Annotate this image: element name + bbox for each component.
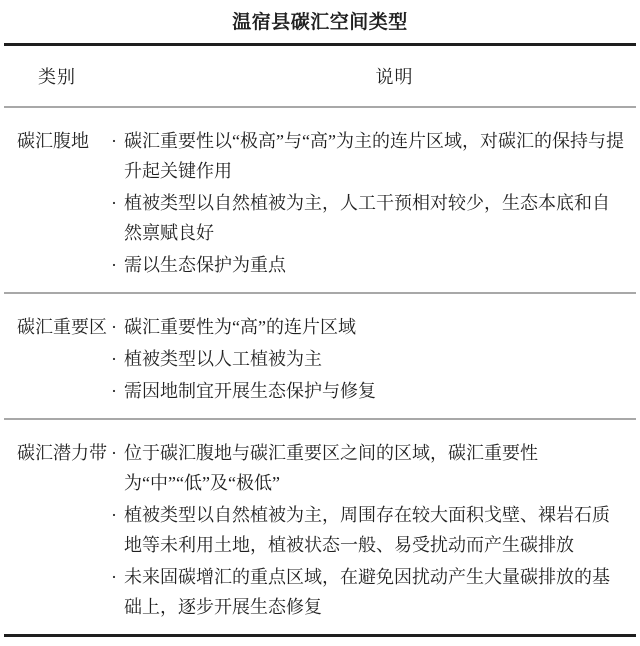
bullet-dot-icon: ·: [111, 344, 117, 374]
table-row: 碳汇潜力带·位于碳汇腹地与碳汇重要区之间的区域，碳汇重要性为“中”“低”及“极低…: [0, 420, 640, 634]
bullet-text: 位于碳汇腹地与碳汇重要区之间的区域，碳汇重要性为“中”“低”及“极低”: [124, 443, 538, 493]
bullet-item: ·植被类型以自然植被为主，周围存在较大面积戈壁、裸岩石质地等未利用土地，植被状态…: [104, 500, 626, 560]
bullet-dot-icon: ·: [111, 312, 117, 342]
table-row: 碳汇腹地·碳汇重要性以“极高”与“高”为主的连片区域，对碳汇的保持与提升起关键作…: [0, 108, 640, 292]
bullet-text: 碳汇重要性以“极高”与“高”为主的连片区域，对碳汇的保持与提升起关键作用: [124, 131, 624, 181]
category-cell: 碳汇腹地: [0, 126, 104, 280]
bullet-item: ·植被类型以自然植被为主，人工干预相对较少，生态本底和自然禀赋良好: [104, 188, 626, 248]
bullet-dot-icon: ·: [111, 438, 117, 468]
bullet-item: ·位于碳汇腹地与碳汇重要区之间的区域，碳汇重要性为“中”“低”及“极低”: [104, 438, 626, 498]
bullet-dot-icon: ·: [111, 562, 117, 592]
bullet-dot-icon: ·: [111, 376, 117, 406]
description-list: ·碳汇重要性为“高”的连片区域·植被类型以人工植被为主·需因地制宜开展生态保护与…: [104, 312, 632, 406]
bullet-item: ·植被类型以人工植被为主: [104, 344, 626, 374]
table-container: 温宿县碳汇空间类型 类别 说明 碳汇腹地·碳汇重要性以“极高”与“高”为主的连片…: [0, 0, 640, 637]
bullet-item: ·需因地制宜开展生态保护与修复: [104, 376, 626, 406]
bullet-text: 需以生态保护为重点: [124, 255, 286, 275]
table-header-row: 类别 说明: [0, 46, 640, 106]
bullet-item: ·需以生态保护为重点: [104, 250, 626, 280]
bullet-text: 植被类型以自然植被为主，人工干预相对较少，生态本底和自然禀赋良好: [124, 193, 610, 243]
bullet-item: ·未来固碳增汇的重点区域，在避免因扰动产生大量碳排放的基础上，逐步开展生态修复: [104, 562, 626, 622]
bullet-text: 植被类型以自然植被为主，周围存在较大面积戈壁、裸岩石质地等未利用土地，植被状态一…: [124, 505, 610, 555]
description-list: ·位于碳汇腹地与碳汇重要区之间的区域，碳汇重要性为“中”“低”及“极低”·植被类…: [104, 438, 632, 622]
bullet-item: ·碳汇重要性以“极高”与“高”为主的连片区域，对碳汇的保持与提升起关键作用: [104, 126, 626, 186]
bullet-dot-icon: ·: [111, 500, 117, 530]
table-title: 温宿县碳汇空间类型: [0, 0, 640, 38]
category-cell: 碳汇重要区: [0, 312, 104, 406]
bullet-dot-icon: ·: [111, 126, 117, 156]
bottom-rule: [4, 634, 636, 637]
description-list: ·碳汇重要性以“极高”与“高”为主的连片区域，对碳汇的保持与提升起关键作用·植被…: [104, 126, 632, 280]
bullet-dot-icon: ·: [111, 188, 117, 218]
bullet-item: ·碳汇重要性为“高”的连片区域: [104, 312, 626, 342]
header-description: 说明: [104, 63, 640, 89]
bullet-text: 需因地制宜开展生态保护与修复: [124, 381, 376, 401]
table-body: 碳汇腹地·碳汇重要性以“极高”与“高”为主的连片区域，对碳汇的保持与提升起关键作…: [0, 108, 640, 634]
header-category: 类别: [0, 63, 104, 89]
category-cell: 碳汇潜力带: [0, 438, 104, 622]
bullet-dot-icon: ·: [111, 250, 117, 280]
bullet-text: 未来固碳增汇的重点区域，在避免因扰动产生大量碳排放的基础上，逐步开展生态修复: [124, 567, 610, 617]
bullet-text: 碳汇重要性为“高”的连片区域: [124, 317, 356, 337]
table-row: 碳汇重要区·碳汇重要性为“高”的连片区域·植被类型以人工植被为主·需因地制宜开展…: [0, 294, 640, 418]
bullet-text: 植被类型以人工植被为主: [124, 349, 322, 369]
